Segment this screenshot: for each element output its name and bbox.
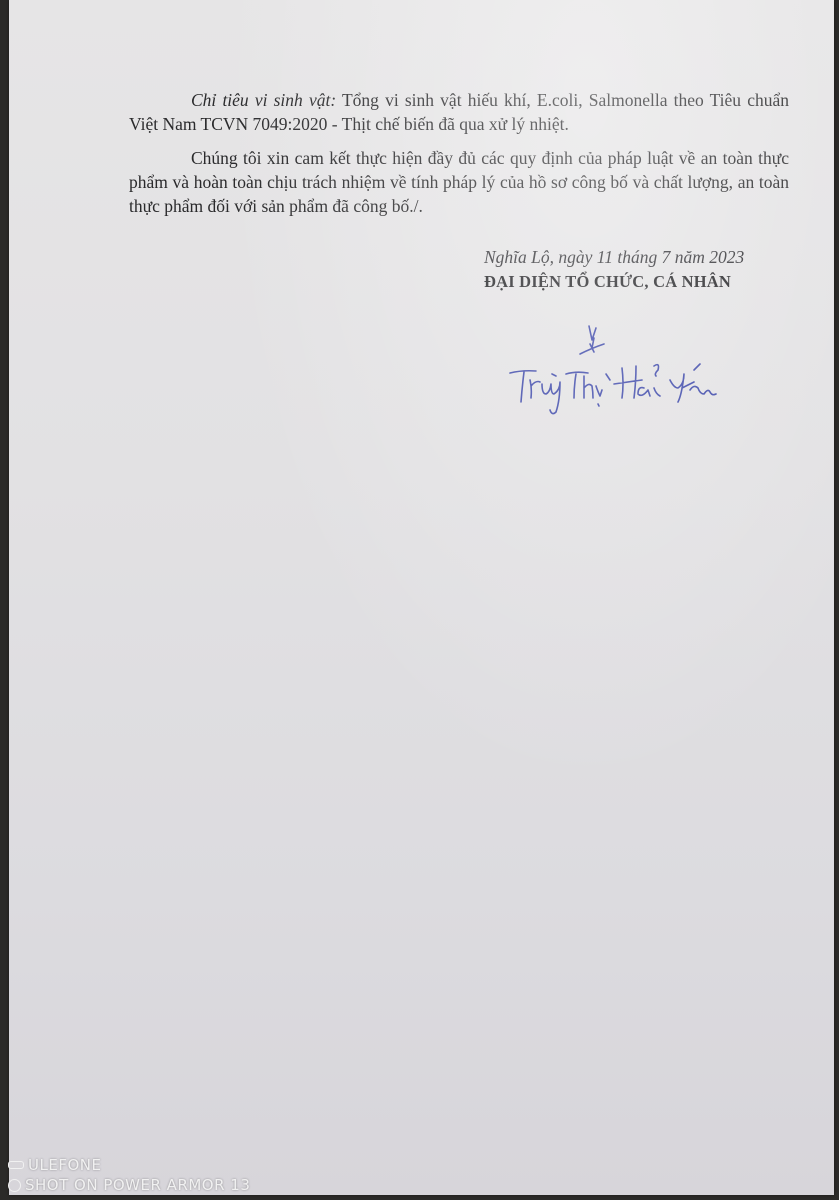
microbiology-paragraph: Chỉ tiêu vi sinh vật: Tổng vi sinh vật h… bbox=[129, 88, 789, 136]
watermark-brand-text: ULEFONE bbox=[28, 1156, 101, 1174]
camera-watermark-model: SHOT ON POWER ARMOR 13 bbox=[8, 1176, 250, 1194]
microbiology-label: Chỉ tiêu vi sinh vật: bbox=[191, 90, 336, 110]
place-date: Nghĩa Lộ, ngày 11 tháng 7 năm 2023 bbox=[484, 247, 744, 268]
document-page: Chỉ tiêu vi sinh vật: Tổng vi sinh vật h… bbox=[9, 0, 834, 1195]
camera-watermark-brand: ULEFONE bbox=[8, 1156, 101, 1174]
handwritten-signature bbox=[504, 318, 734, 418]
watermark-model-text: SHOT ON POWER ARMOR 13 bbox=[25, 1176, 250, 1194]
shutter-circle-icon bbox=[8, 1179, 21, 1192]
commitment-paragraph: Chúng tôi xin cam kết thực hiện đầy đủ c… bbox=[129, 146, 789, 218]
commitment-text: Chúng tôi xin cam kết thực hiện đầy đủ c… bbox=[129, 146, 789, 218]
representative-title: ĐẠI DIỆN TỔ CHỨC, CÁ NHÂN bbox=[484, 272, 731, 292]
camera-badge-icon bbox=[8, 1161, 24, 1169]
